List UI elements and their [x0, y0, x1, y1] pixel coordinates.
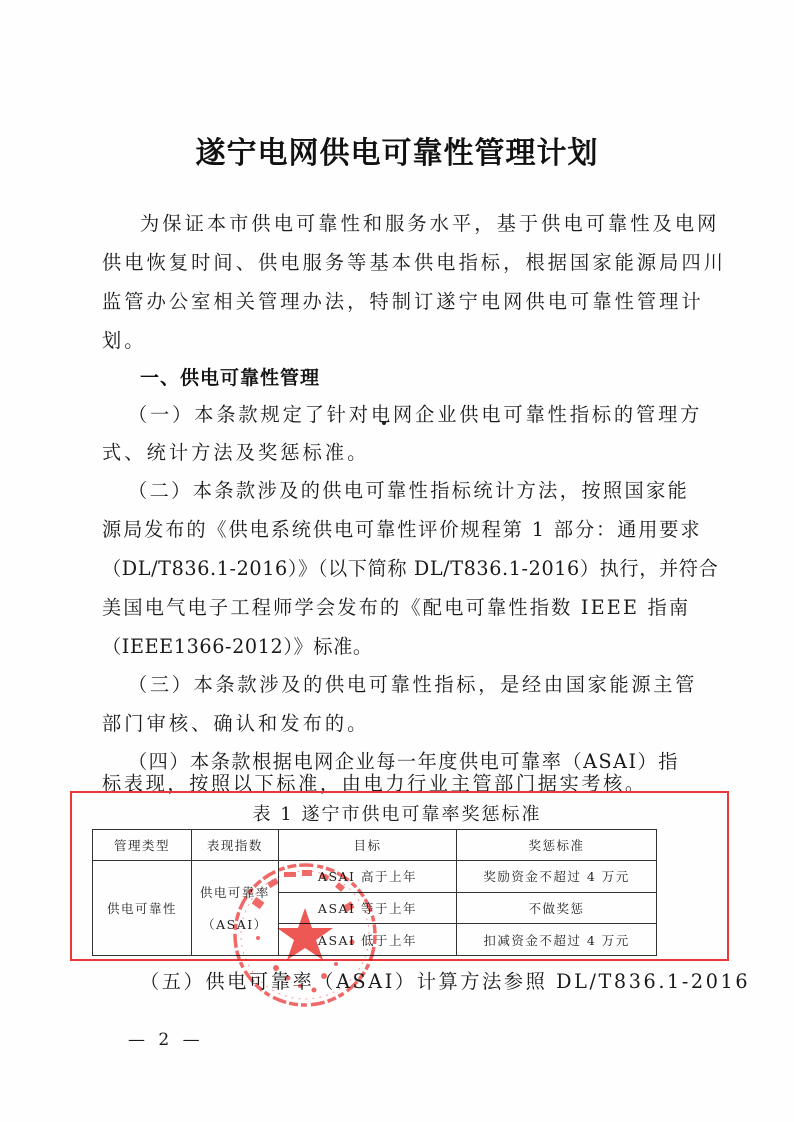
clause-3-line-2: 部门审核、确认和发布的。 — [102, 712, 702, 736]
index-abbr: （ASAI） — [192, 915, 278, 933]
management-type-cell: 供电可靠性 — [93, 861, 192, 956]
clause-1-line-1: （一）本条款规定了针对电网企业供电可靠性指标的管理方 — [128, 403, 728, 427]
standard-cell: 奖励资金不超过 4 万元 — [457, 861, 657, 893]
scan-dot — [382, 421, 386, 425]
header-performance-index: 表现指数 — [192, 830, 279, 861]
clause-2-line-1: （二）本条款涉及的供电可靠性指标统计方法，按照国家能 — [128, 479, 728, 503]
clause-2-line-5: （IEEE1366-2012）》标准。 — [102, 635, 702, 659]
index-name: 供电可靠率 — [192, 883, 278, 901]
target-cell: ASAI 低于上年 — [278, 924, 456, 956]
clause-2-line-2: 源局发布的《供电系统供电可靠性评价规程第 1 部分：通用要求 — [102, 518, 702, 542]
section-heading: 一、供电可靠性管理 — [140, 363, 320, 390]
clause-2-line-4: 美国电气电子工程师学会发布的《配电可靠性指数 IEEE 指南 — [102, 596, 702, 620]
reward-standards-table: 管理类型 表现指数 目标 奖惩标准 供电可靠性 供电可靠率 （ASAI） ASA… — [92, 829, 657, 956]
intro-line-3: 监管办公室相关管理办法，特制订遂宁电网供电可靠性管理计 — [102, 290, 702, 314]
target-cell: ASAI 高于上年 — [278, 861, 456, 893]
header-management-type: 管理类型 — [93, 830, 192, 861]
intro-line-2: 供电恢复时间、供电服务等基本供电指标，根据国家能源局四川 — [102, 251, 702, 275]
header-target: 目标 — [278, 830, 456, 861]
target-cell: ASAI 等于上年 — [278, 892, 456, 924]
table-caption: 表 1 遂宁市供电可靠率奖惩标准 — [0, 800, 794, 826]
clause-3-line-1: （三）本条款涉及的供电可靠性指标，是经由国家能源主管 — [128, 673, 728, 697]
performance-index-cell: 供电可靠率 （ASAI） — [192, 861, 279, 956]
clause-1-line-2: 式、统计方法及奖惩标准。 — [102, 441, 702, 465]
clause-2-line-3: （DL/T836.1-2016）》（以下简称 DL/T836.1-2016）执行… — [102, 557, 702, 581]
document-title: 遂宁电网供电可靠性管理计划 — [0, 128, 794, 172]
standard-cell: 扣减资金不超过 4 万元 — [457, 924, 657, 956]
header-reward-standard: 奖惩标准 — [457, 830, 657, 861]
intro-line-4: 划。 — [102, 329, 702, 353]
table-header-row: 管理类型 表现指数 目标 奖惩标准 — [93, 830, 657, 861]
clause-5-line: （五）供电可靠率（ASAI）计算方法参照 DL/T836.1-2016 — [140, 967, 750, 994]
table-row: 供电可靠性 供电可靠率 （ASAI） ASAI 高于上年 奖励资金不超过 4 万… — [93, 861, 657, 893]
clause-4-line-1: （四）本条款根据电网企业每一年度供电可靠率（ASAI）指 — [128, 750, 728, 774]
standard-cell: 不做奖惩 — [457, 892, 657, 924]
page-number: — 2 — — [128, 1030, 204, 1050]
intro-line-1: 为保证本市供电可靠性和服务水平，基于供电可靠性及电网 — [140, 212, 740, 236]
document-page: 遂宁电网供电可靠性管理计划 为保证本市供电可靠性和服务水平，基于供电可靠性及电网… — [0, 0, 794, 1122]
